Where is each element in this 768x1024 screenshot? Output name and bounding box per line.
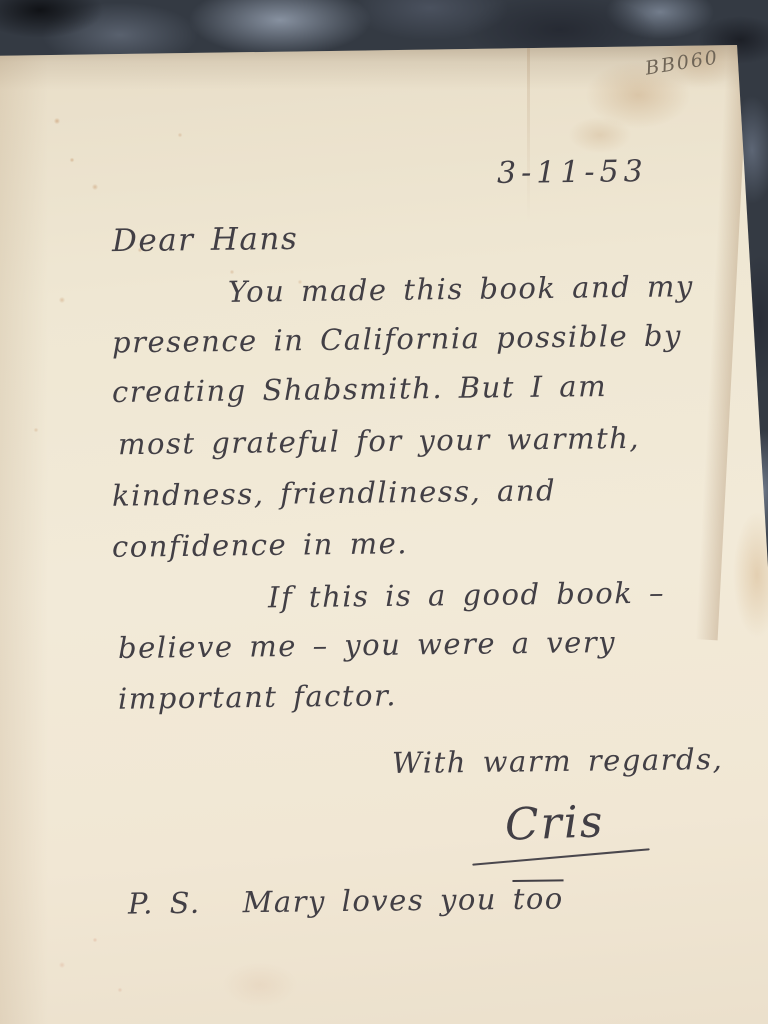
postscript-text: Mary loves you xyxy=(242,882,512,919)
penciled-inventory-code: BB060 xyxy=(644,46,721,79)
book-page: BB060 3-11-53 Dear Hans You made this bo… xyxy=(0,0,768,1024)
signature: Cris xyxy=(504,796,605,850)
paper-crease xyxy=(527,46,530,221)
postscript-overlined-word: too xyxy=(512,881,563,916)
letter-line: important factor. xyxy=(118,678,397,715)
signature-underline xyxy=(472,848,649,866)
letter-line: kindness, friendliness, and xyxy=(112,473,556,512)
postscript-label: P. S. xyxy=(128,886,201,921)
letter-line: presence in California possible by xyxy=(112,319,682,360)
letter-line: You made this book and my xyxy=(228,269,694,309)
page-edge-shadow xyxy=(696,40,749,640)
letter-line: confidence in me. xyxy=(112,526,408,564)
letter-line: most grateful for your warmth, xyxy=(118,421,640,461)
letter-date: 3-11-53 xyxy=(497,154,648,191)
letter-line: If this is a good book – xyxy=(268,576,665,615)
photo-scene: BB060 3-11-53 Dear Hans You made this bo… xyxy=(0,0,768,1024)
letter-line: believe me – you were a very xyxy=(118,625,616,665)
letter-salutation: Dear Hans xyxy=(112,221,299,259)
letter-closing: With warm regards, xyxy=(392,742,724,780)
postscript-line: P. S.Mary loves you too xyxy=(128,881,564,920)
letter-line: creating Shabsmith. But I am xyxy=(112,369,607,409)
